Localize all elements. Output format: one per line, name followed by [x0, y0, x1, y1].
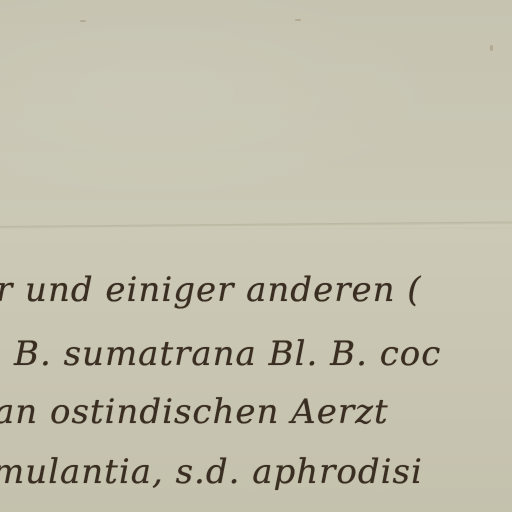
- paper-fleck: [295, 19, 301, 21]
- paper-fleck: [80, 20, 86, 22]
- manuscript-line-1: r und einiger anderen (: [0, 270, 422, 310]
- manuscript-line-2: B. sumatrana Bl. B. coc: [14, 334, 441, 374]
- backing-paper: [0, 0, 512, 228]
- paper-fleck: [490, 45, 493, 51]
- manuscript-line-3: an ostindischen Aerzt: [0, 392, 389, 432]
- manuscript-line-4: mulantia, s.d. aphrodisi: [0, 452, 423, 492]
